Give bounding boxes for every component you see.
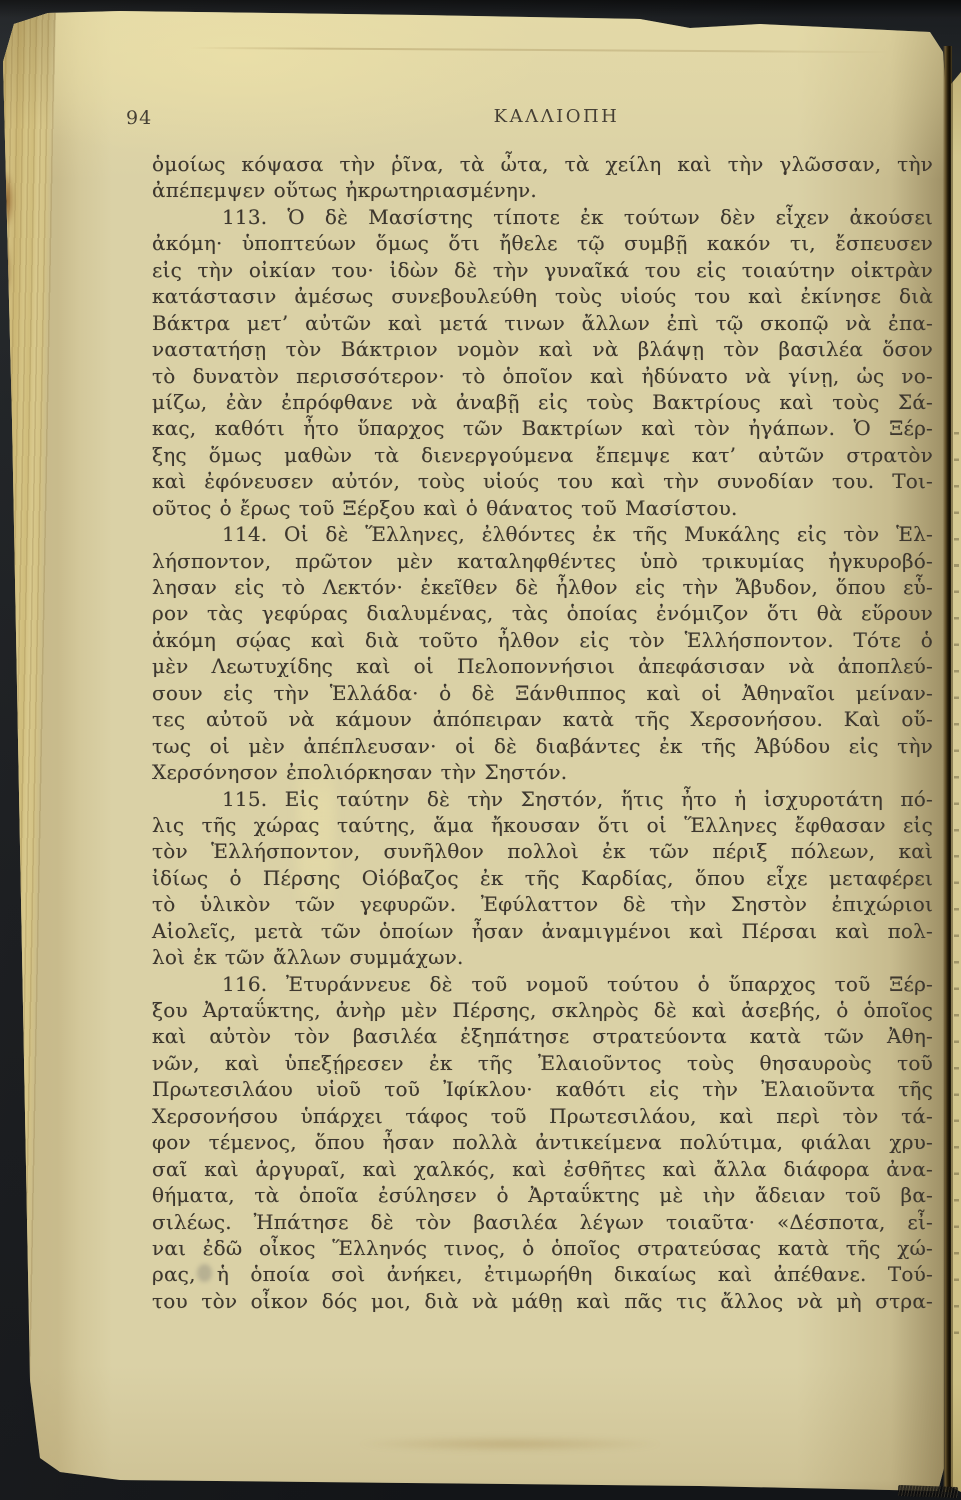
- cover-texture-marks: [898, 1485, 958, 1498]
- text-line: οῦτος ὁ ἔρως τοῦ Ξέρξου καὶ ὁ θάνατος το…: [152, 495, 933, 521]
- text-line: φον τέμενος, ὅπου ἦσαν πολλὰ ἀντικείμενα…: [152, 1129, 933, 1155]
- text-line: τὸ ὑλικὸν τῶν γεφυρῶν. Ἐφύλαττον δὲ τὴν …: [152, 891, 933, 917]
- text-line: Πρωτεσιλάου υἱοῦ τοῦ Ἰφίκλου· καθότι εἰς…: [152, 1076, 933, 1102]
- text-line: λήσποντον, πρῶτον μὲν καταληφθέντες ὑπὸ …: [152, 548, 933, 574]
- text-line: εἰς τὴν οἰκίαν του· ἰδὼν δὲ τὴν γυναῖκά …: [152, 257, 933, 283]
- text-line: τως οἱ μὲν ἀπέπλευσαν· οἱ δὲ διαβάντες ἐ…: [152, 733, 933, 759]
- page-crease: [190, 47, 890, 53]
- text-line: τες αὐτοῦ νὰ κάμουν ἀπόπειραν κατὰ τῆς Χ…: [152, 706, 933, 732]
- text-line: ἀκόμη σῴας καὶ διὰ τοῦτο ἦλθον εἰς τὸν Ἑ…: [152, 627, 933, 653]
- text-line: καὶ αὐτὸν τὸν βασιλέα ἐξηπάτησε στρατεύο…: [152, 1023, 933, 1049]
- text-line: Χερσονήσου ὑπάρχει τάφος τοῦ Πρωτεσιλάου…: [152, 1103, 933, 1129]
- text-line: του τὸν οἶκον δός μοι, διὰ νὰ μάθῃ καὶ π…: [152, 1288, 933, 1314]
- text-line: ρον τὰς γεφύρας διαλυμένας, τὰς ὁποίας ἐ…: [152, 600, 933, 626]
- text-line: ναστατήσῃ τὸν Βάκτριον νομὸν καὶ νὰ βλάψ…: [152, 336, 933, 362]
- text-line: θήματα, τὰ ὁποῖα ἐσύλησεν ὁ Ἀρταΰκτης μὲ…: [152, 1182, 933, 1208]
- text-line: Χερσόνησον ἐπολιόρκησαν τὴν Σηστόν.: [152, 759, 933, 785]
- text-line: 114. Οἱ δὲ Ἕλληνες, ἐλθόντες ἐκ τῆς Μυκά…: [152, 521, 933, 547]
- text-line: τὸν Ἑλλήσποντον, συνῆλθον πολλοὶ ἐκ τῶν …: [152, 838, 933, 864]
- page-stain: [355, 1436, 665, 1452]
- text-line: Βάκτρα μετ’ αὐτῶν καὶ μετά τινων ἄλλων ἐ…: [152, 310, 933, 336]
- text-line: κατάστασιν ἀμέσως συνεβουλεύθη τοὺς υἱού…: [152, 283, 933, 309]
- text-line: ἀκόμη· ὑποπτεύων ὅμως ὅτι ἤθελε τῷ συμβῇ…: [152, 230, 933, 256]
- text-line: λις τῆς χώρας ταύτης, ἅμα ἤκουσαν ὅτι οἱ…: [152, 812, 933, 838]
- text-line: ἀπέπεμψεν οὕτως ἠκρωτηριασμένην.: [152, 177, 933, 203]
- text-line: λοὶ ἐκ τῶν ἄλλων συμμάχων.: [152, 944, 933, 970]
- text-line: ἰδίως ὁ Πέρσης Οἰόβαζος ἐκ τῆς Καρδίας, …: [152, 865, 933, 891]
- text-line: 116. Ἐτυράννευε δὲ τοῦ νομοῦ τούτου ὁ ὕπ…: [152, 971, 933, 997]
- book-backdrop: 94 ΚΑΛΛΙΟΠΗ ὁμοίως κόψασα τὴν ῥῖνα, τὰ ὦ…: [0, 0, 961, 1500]
- next-page-edge: [951, 72, 961, 1492]
- body-text: ὁμοίως κόψασα τὴν ῥῖνα, τὰ ὦτα, τὰ χείλη…: [152, 151, 933, 1314]
- page-number: 94: [126, 107, 152, 129]
- text-line: τὸ δυνατὸν περισσότερον· τὸ ὁποῖον καὶ ἠ…: [152, 363, 933, 389]
- text-line: ξου Ἀρταΰκτης, ἀνὴρ μὲν Πέρσης, σκληρὸς …: [152, 997, 933, 1023]
- text-line: σαῖ καὶ ἀργυραῖ, καὶ χαλκός, καὶ ἐσθῆτες…: [152, 1156, 933, 1182]
- gutter-shadow: [943, 46, 952, 1492]
- text-line: ρας, ἡ ὁποία σοὶ ἀνήκει, ἐτιμωρήθη δικαί…: [152, 1261, 933, 1287]
- text-line: κας, καθότι ἦτο ὕπαρχος τῶν Βακτρίων καὶ…: [152, 415, 933, 441]
- text-line: ὁμοίως κόψασα τὴν ῥῖνα, τὰ ὦτα, τὰ χείλη…: [152, 151, 933, 177]
- text-line: ξης ὅμως μαθὼν τὰ διενεργούμενα ἔπεμψε κ…: [152, 442, 933, 468]
- text-line: νῶν, καὶ ὑπεξῄρεσεν ἐκ τῆς Ἐλαιοῦντος το…: [152, 1050, 933, 1076]
- text-line: μὲν Λεωτυχίδης καὶ οἱ Πελοποννήσιοι ἀπεφ…: [152, 653, 933, 679]
- running-title: ΚΑΛΛΙΟΠΗ: [166, 106, 947, 127]
- text-line: ναι ἐδῶ οἶκος Ἕλληνός τινος, ὁ ὁποῖος στ…: [152, 1235, 933, 1261]
- book-page: 94 ΚΑΛΛΙΟΠΗ ὁμοίως κόψασα τὴν ῥῖνα, τὰ ὦ…: [0, 0, 948, 1500]
- text-line: μίζω, ἐὰν ἐπρόφθανε νὰ ἀναβῇ εἰς τοὺς Βα…: [152, 389, 933, 415]
- text-line: λησαν εἰς τὸ Λεκτόν· ἐκεῖθεν δὲ ἦλθον εἰ…: [152, 574, 933, 600]
- text-line: καὶ ἐφόνευσεν αὐτόν, τοὺς υἱούς του καὶ …: [152, 468, 933, 494]
- running-head: 94 ΚΑΛΛΙΟΠΗ: [152, 106, 933, 132]
- text-line: σουν εἰς τὴν Ἑλλάδα· ὁ δὲ Ξάνθιππος καὶ …: [152, 680, 933, 706]
- text-line: 115. Εἰς ταύτην δὲ τὴν Σηστόν, ἥτις ἦτο …: [152, 786, 933, 812]
- text-line: Αἰολεῖς, μετὰ τῶν ὁποίων ἦσαν ἀναμιγμένο…: [152, 918, 933, 944]
- text-line: σιλέως. Ἠπάτησε δὲ τὸν βασιλέα λέγων τοι…: [152, 1209, 933, 1235]
- text-line: 113. Ὁ δὲ Μασίστης τίποτε ἐκ τούτων δὲν …: [152, 204, 933, 230]
